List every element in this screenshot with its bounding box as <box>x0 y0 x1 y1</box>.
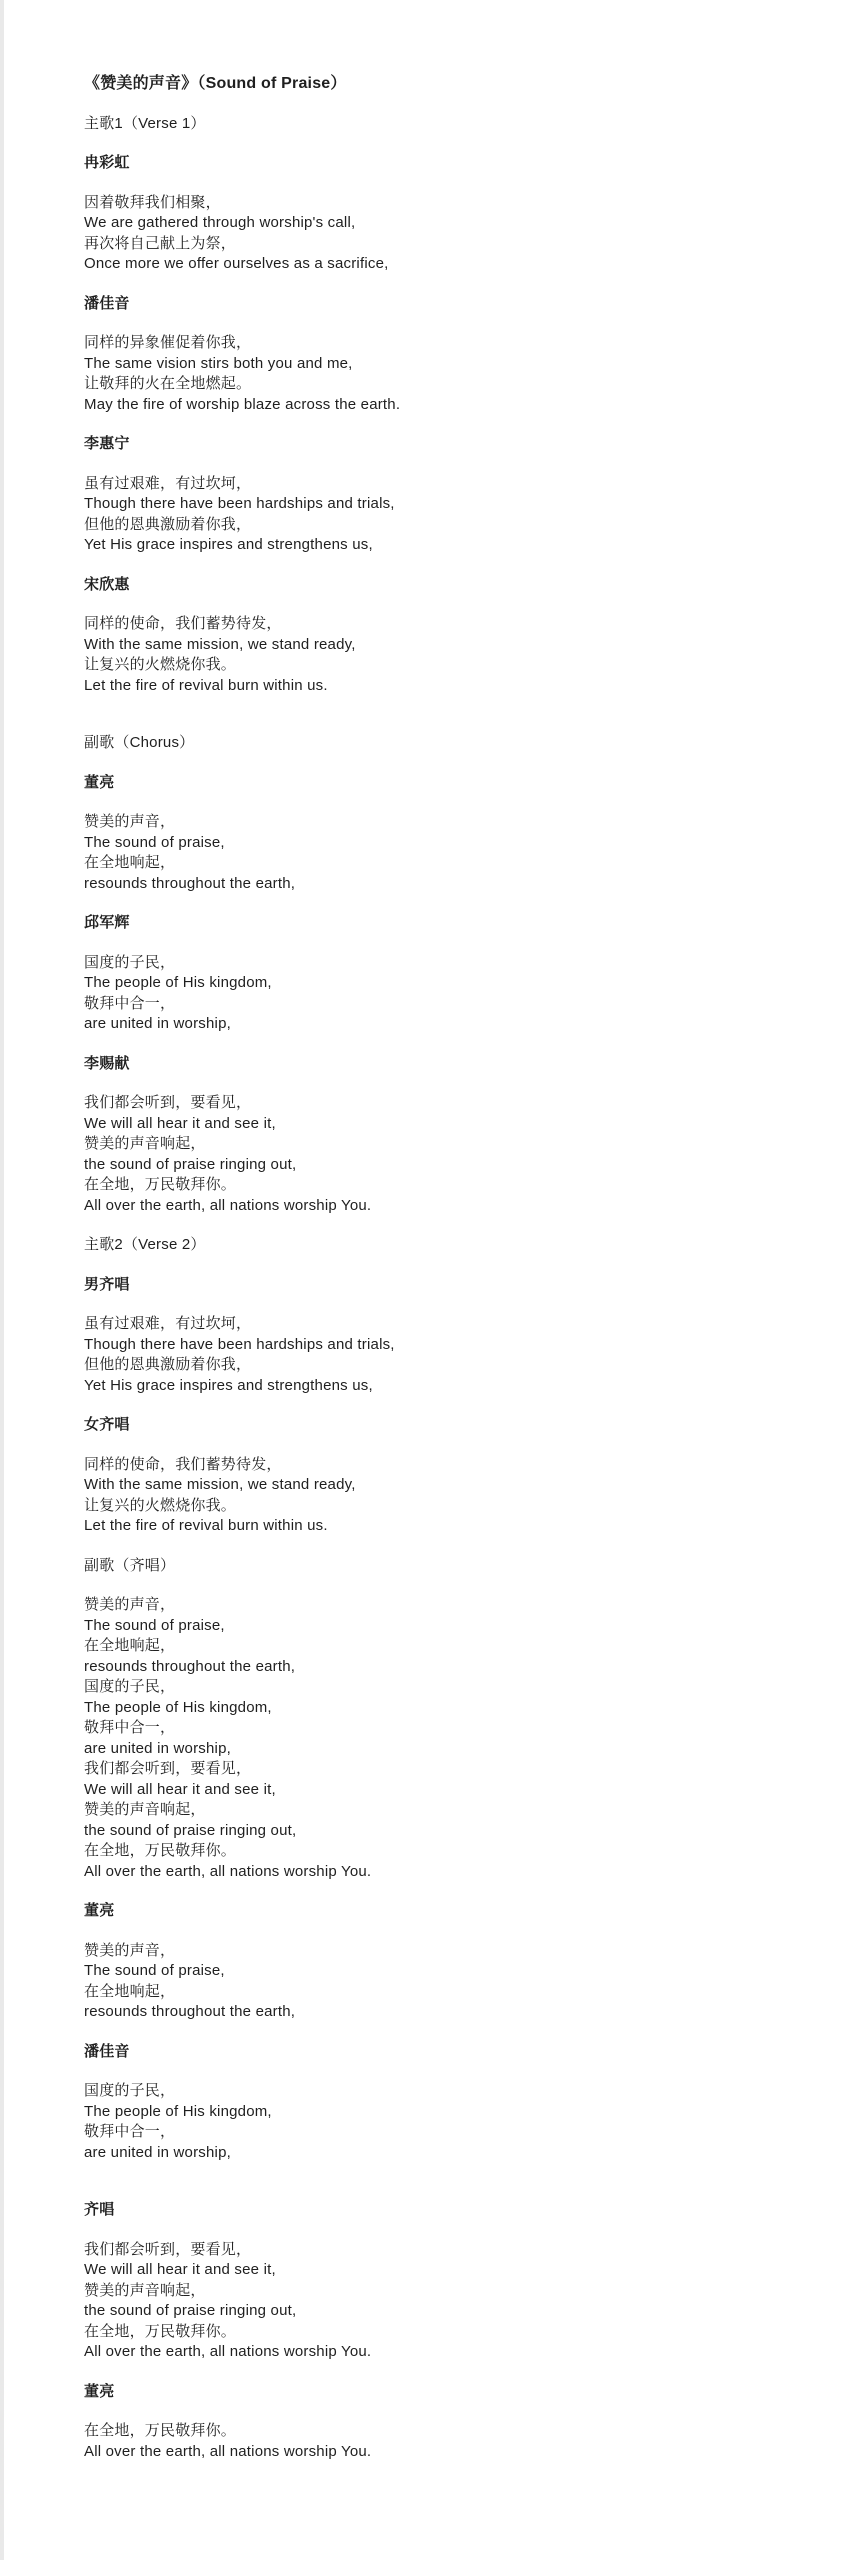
lyric-line: 赞美的声音， <box>84 1596 175 1613</box>
singer-name: 潘佳音 <box>84 2042 783 2063</box>
song-title: 《赞美的声音》（Sound of Praise） <box>84 74 783 95</box>
lyric-line: are united in worship, <box>84 2144 231 2161</box>
lyric-stanza: 赞美的声音，The sound of praise,在全地响起，resounds… <box>84 1595 783 1882</box>
lyric-line: Let the fire of revival burn within us. <box>84 677 328 694</box>
lyric-line: With the same mission, we stand ready, <box>84 636 356 653</box>
lyric-stanza: 同样的异象催促着你我，The same vision stirs both yo… <box>84 333 783 415</box>
lyric-line: 同样的使命，我们蓄势待发， <box>84 1456 282 1473</box>
lyric-line: the sound of praise ringing out, <box>84 1156 296 1173</box>
lyric-line: The same vision stirs both you and me, <box>84 355 353 372</box>
lyric-line: the sound of praise ringing out, <box>84 2302 296 2319</box>
lyric-line: 让敬拜的火在全地燃起。 <box>84 375 251 392</box>
lyric-line: All over the earth, all nations worship … <box>84 2343 371 2360</box>
singer-name: 董亮 <box>84 773 783 794</box>
lyric-line: We will all hear it and see it, <box>84 1115 276 1132</box>
singer-name: 男齐唱 <box>84 1275 783 1296</box>
lyric-line: Yet His grace inspires and strengthens u… <box>84 1377 373 1394</box>
lyric-line: We will all hear it and see it, <box>84 2261 276 2278</box>
lyric-line: We are gathered through worship's call, <box>84 214 355 231</box>
lyric-line: 在全地响起， <box>84 854 175 871</box>
lyric-line: Let the fire of revival burn within us. <box>84 1517 328 1534</box>
lyric-line: 虽有过艰难，有过坎坷， <box>84 475 251 492</box>
lyrics-document: 《赞美的声音》（Sound of Praise）主歌1（Verse 1）冉彩虹因… <box>0 0 843 2560</box>
lyric-line: 敬拜中合一， <box>84 1719 175 1736</box>
lyric-line: are united in worship, <box>84 1740 231 1757</box>
lyric-line: 国度的子民， <box>84 1678 175 1695</box>
lyric-line: The people of His kingdom, <box>84 2103 272 2120</box>
lyric-line: 同样的使命，我们蓄势待发， <box>84 615 282 632</box>
singer-name: 邱军辉 <box>84 913 783 934</box>
lyric-line: 在全地响起， <box>84 1637 175 1654</box>
lyric-stanza: 同样的使命，我们蓄势待发，With the same mission, we s… <box>84 614 783 696</box>
singer-name: 齐唱 <box>84 2200 783 2221</box>
lyric-stanza: 虽有过艰难，有过坎坷，Though there have been hardsh… <box>84 1314 783 1396</box>
lyric-line: All over the earth, all nations worship … <box>84 1863 371 1880</box>
singer-name: 潘佳音 <box>84 294 783 315</box>
lyric-line: 我们都会听到，要看见， <box>84 1760 251 1777</box>
section-label: 副歌（齐唱） <box>84 1556 783 1577</box>
lyric-line: 在全地，万民敬拜你。 <box>84 1176 236 1193</box>
section-label: 副歌（Chorus） <box>84 733 783 754</box>
lyric-line: 国度的子民， <box>84 2082 175 2099</box>
lyric-line: 在全地，万民敬拜你。 <box>84 1842 236 1859</box>
document-body: 《赞美的声音》（Sound of Praise）主歌1（Verse 1）冉彩虹因… <box>4 0 843 2541</box>
lyric-line: Yet His grace inspires and strengthens u… <box>84 536 373 553</box>
lyric-line: 敬拜中合一， <box>84 995 175 1012</box>
lyric-line: 赞美的声音响起， <box>84 1135 206 1152</box>
singer-name: 董亮 <box>84 1901 783 1922</box>
blank-line <box>84 2182 783 2200</box>
lyric-line: The people of His kingdom, <box>84 974 272 991</box>
singer-name: 宋欣惠 <box>84 575 783 596</box>
singer-name: 董亮 <box>84 2382 783 2403</box>
singer-name: 冉彩虹 <box>84 153 783 174</box>
lyric-line: Once more we offer ourselves as a sacrif… <box>84 255 388 272</box>
lyric-stanza: 在全地，万民敬拜你。All over the earth, all nation… <box>84 2421 783 2462</box>
lyric-line: With the same mission, we stand ready, <box>84 1476 356 1493</box>
section-label: 主歌2（Verse 2） <box>84 1235 783 1256</box>
lyric-line: 在全地，万民敬拜你。 <box>84 2422 236 2439</box>
lyric-line: 虽有过艰难，有过坎坷， <box>84 1315 251 1332</box>
lyric-line: The sound of praise, <box>84 1617 225 1634</box>
lyric-line: 赞美的声音， <box>84 813 175 830</box>
lyric-line: 我们都会听到，要看见， <box>84 1094 251 1111</box>
lyric-line: are united in worship, <box>84 1015 231 1032</box>
lyric-line: All over the earth, all nations worship … <box>84 2443 371 2460</box>
lyric-stanza: 赞美的声音，The sound of praise,在全地响起，resounds… <box>84 812 783 894</box>
lyric-line: 敬拜中合一， <box>84 2123 175 2140</box>
lyric-line: 但他的恩典激励着你我， <box>84 1356 251 1373</box>
lyric-line: resounds throughout the earth, <box>84 2003 295 2020</box>
section-label: 主歌1（Verse 1） <box>84 114 783 135</box>
lyric-line: The sound of praise, <box>84 1962 225 1979</box>
blank-line <box>84 715 783 733</box>
lyric-line: Though there have been hardships and tri… <box>84 495 395 512</box>
lyric-line: 同样的异象催促着你我， <box>84 334 251 351</box>
lyric-stanza: 国度的子民，The people of His kingdom,敬拜中合一，ar… <box>84 953 783 1035</box>
lyric-line: resounds throughout the earth, <box>84 1658 295 1675</box>
lyric-stanza: 因着敬拜我们相聚，We are gathered through worship… <box>84 193 783 275</box>
lyric-line: the sound of praise ringing out, <box>84 1822 296 1839</box>
lyric-line: 因着敬拜我们相聚， <box>84 194 221 211</box>
lyric-line: All over the earth, all nations worship … <box>84 1197 371 1214</box>
lyric-line: 我们都会听到，要看见， <box>84 2241 251 2258</box>
lyric-stanza: 虽有过艰难，有过坎坷，Though there have been hardsh… <box>84 474 783 556</box>
lyric-line: 在全地响起， <box>84 1983 175 2000</box>
lyric-stanza: 我们都会听到，要看见，We will all hear it and see i… <box>84 1093 783 1216</box>
lyric-line: 赞美的声音， <box>84 1942 175 1959</box>
lyric-line: May the fire of worship blaze across the… <box>84 396 400 413</box>
singer-name: 女齐唱 <box>84 1415 783 1436</box>
lyric-line: The sound of praise, <box>84 834 225 851</box>
lyric-stanza: 同样的使命，我们蓄势待发，With the same mission, we s… <box>84 1455 783 1537</box>
lyric-stanza: 赞美的声音，The sound of praise,在全地响起，resounds… <box>84 1941 783 2023</box>
lyric-line: We will all hear it and see it, <box>84 1781 276 1798</box>
lyric-line: 让复兴的火燃烧你我。 <box>84 656 236 673</box>
lyric-stanza: 国度的子民，The people of His kingdom,敬拜中合一，ar… <box>84 2081 783 2163</box>
lyric-line: 在全地，万民敬拜你。 <box>84 2323 236 2340</box>
lyric-line: The people of His kingdom, <box>84 1699 272 1716</box>
lyric-stanza: 我们都会听到，要看见，We will all hear it and see i… <box>84 2240 783 2363</box>
lyric-line: 让复兴的火燃烧你我。 <box>84 1497 236 1514</box>
lyric-line: resounds throughout the earth, <box>84 875 295 892</box>
lyric-line: 但他的恩典激励着你我， <box>84 516 251 533</box>
lyric-line: 赞美的声音响起， <box>84 1801 206 1818</box>
lyric-line: 赞美的声音响起， <box>84 2282 206 2299</box>
lyric-line: 再次将自己献上为祭， <box>84 235 236 252</box>
singer-name: 李赐献 <box>84 1054 783 1075</box>
singer-name: 李惠宁 <box>84 434 783 455</box>
lyric-line: Though there have been hardships and tri… <box>84 1336 395 1353</box>
lyric-line: 国度的子民， <box>84 954 175 971</box>
